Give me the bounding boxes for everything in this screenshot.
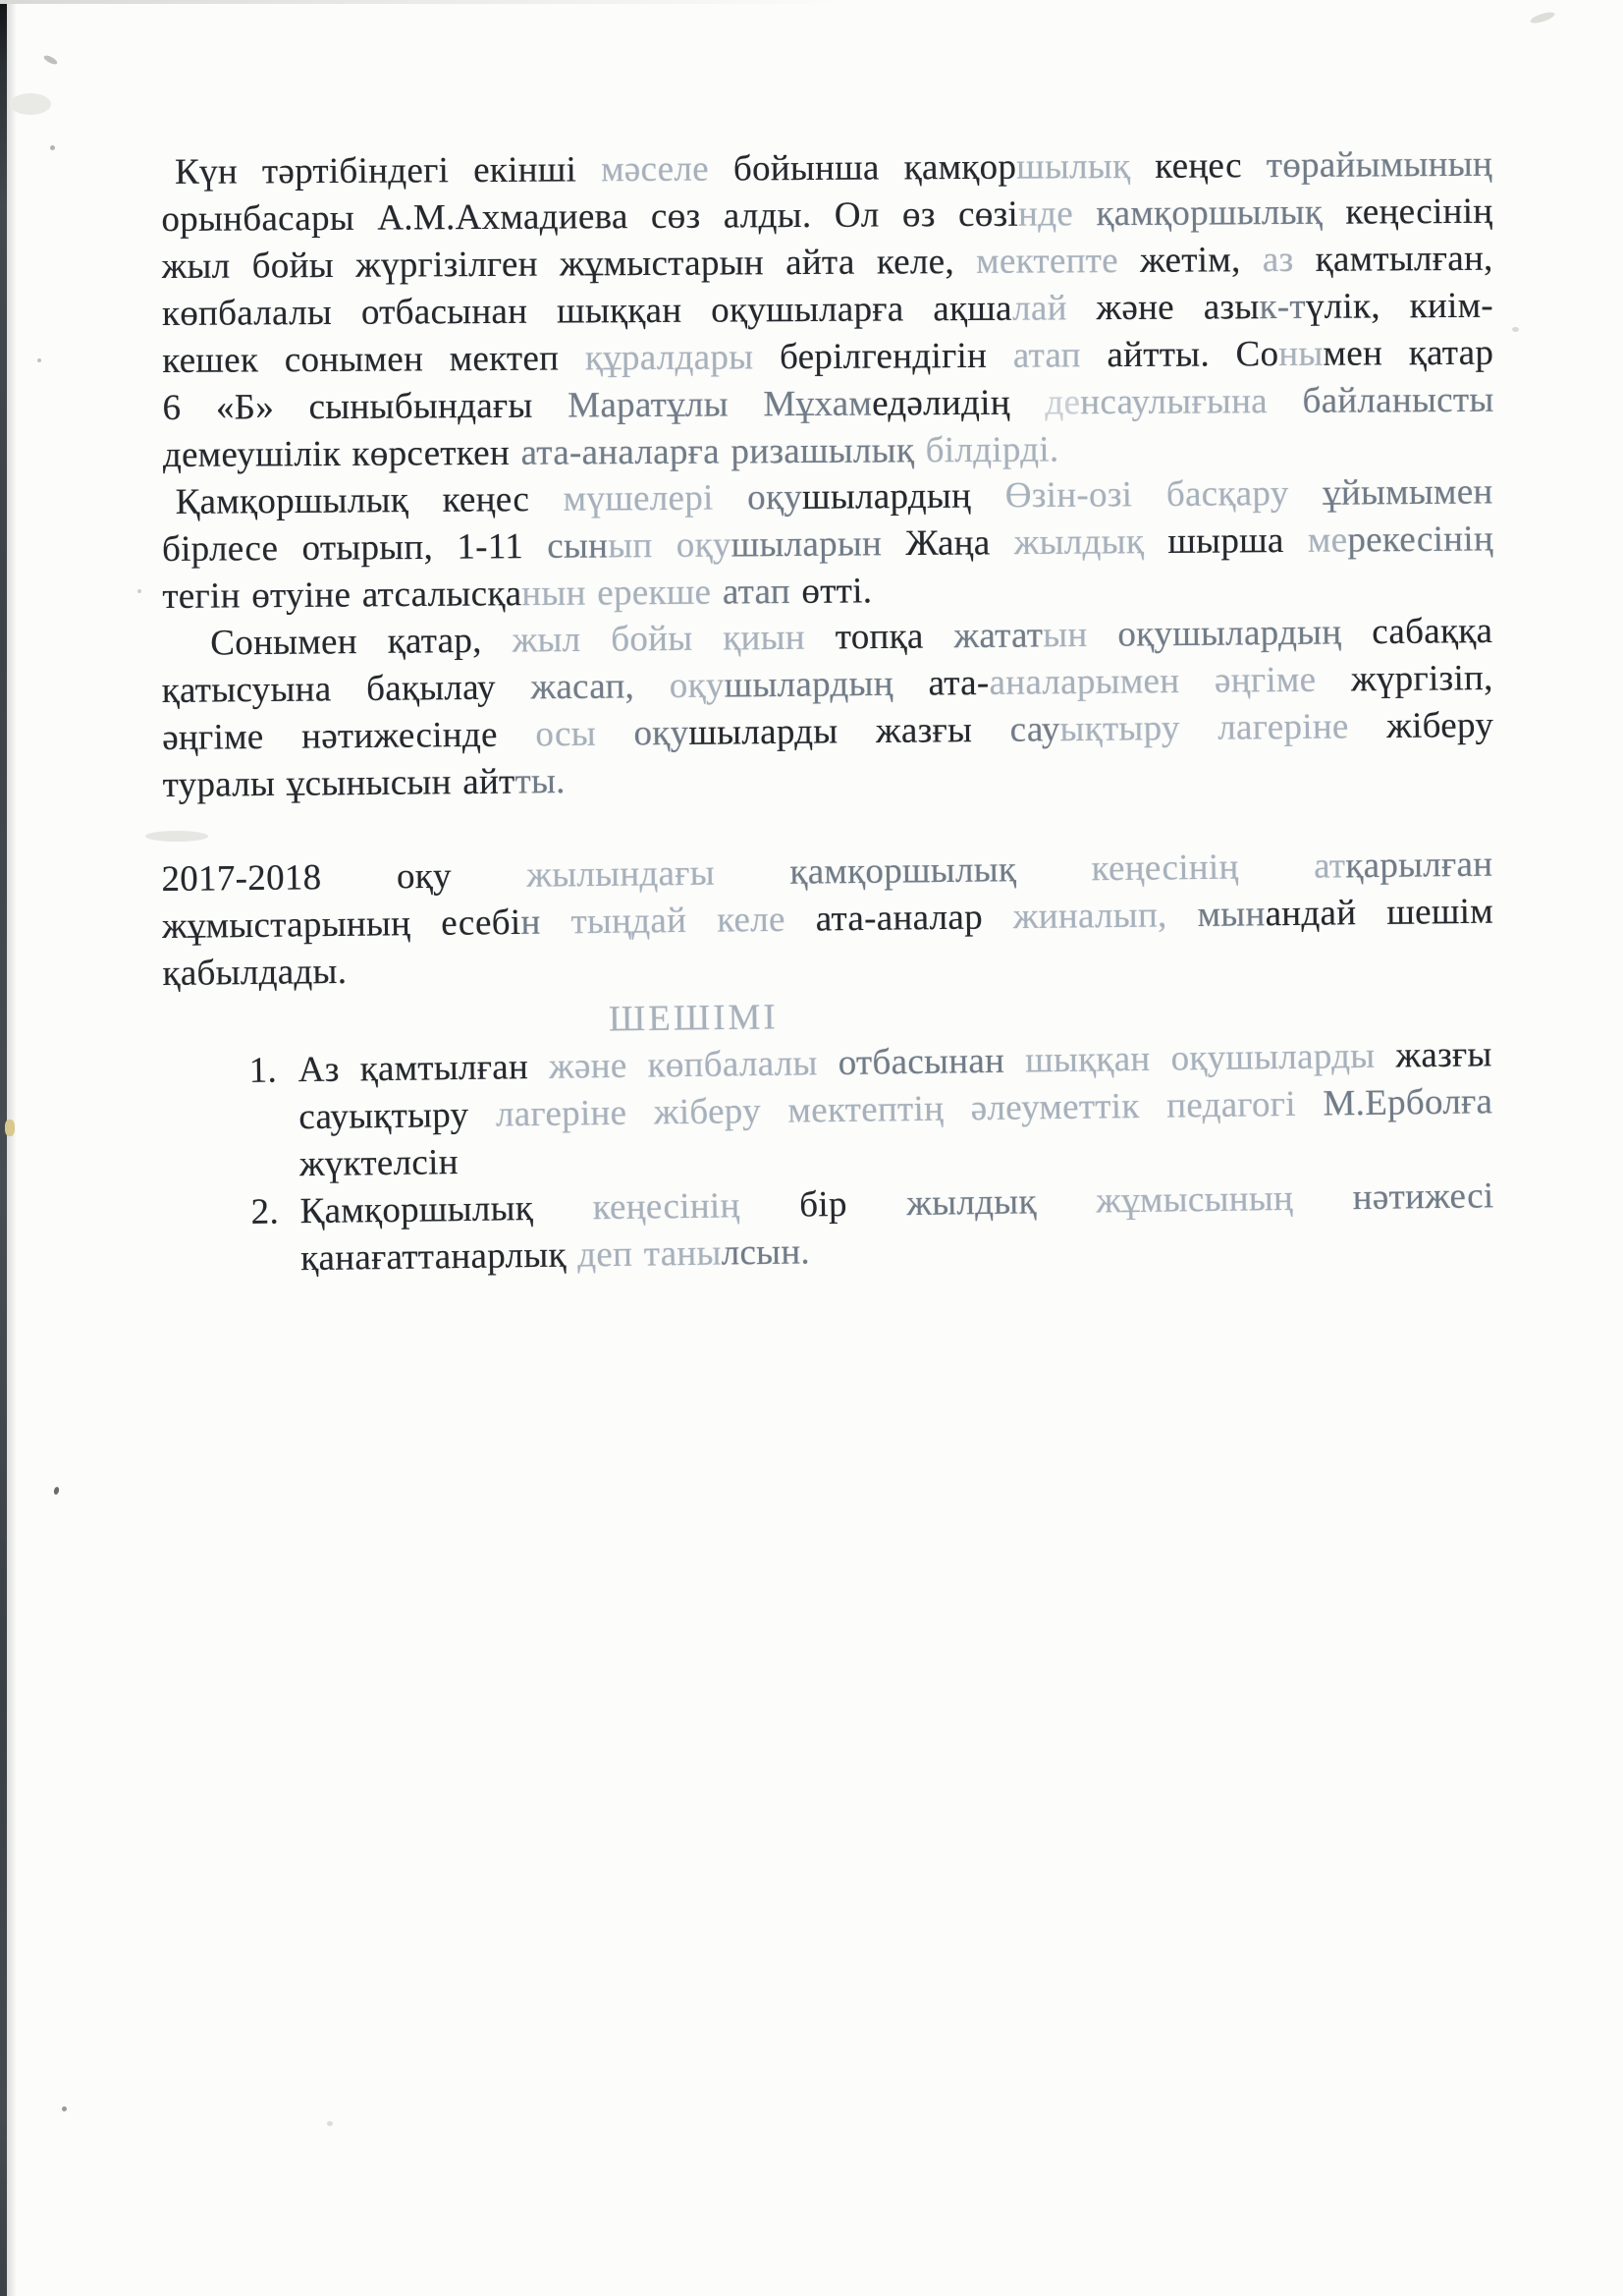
text-segment: ат	[1314, 846, 1346, 886]
text-line: көпбалалы отбасынан шыққан оқушыларға ақ…	[162, 283, 1493, 338]
text-segment: ата-	[928, 663, 989, 704]
text-segment: қамқоршылық	[789, 848, 1092, 892]
scan-smudge	[145, 831, 208, 842]
text-segment: кеңесінің	[592, 1185, 799, 1229]
paragraph: Қамқоршылық кеңес мүшелері оқушылардың Ө…	[161, 468, 1493, 621]
text-segment: жүктелсін	[299, 1142, 459, 1184]
text-segment: тегін өтуіне атсалысқа	[162, 574, 521, 617]
text-segment: ып	[608, 525, 676, 567]
text-segment: білдірді.	[926, 429, 1059, 470]
text-segment: жазғы	[1395, 1034, 1492, 1075]
text-segment: сын	[547, 525, 608, 566]
document-text-block: Күн тәртібіндегі екінші мәселе бойынша қ…	[162, 149, 1493, 1285]
text-segment: к-т	[1259, 287, 1306, 327]
text-segment: үлік, киім-	[1306, 286, 1493, 327]
text-segment: нде	[1018, 193, 1097, 234]
text-segment: демеушілік көрсеткен	[163, 433, 521, 475]
text-line: Күн тәртібіндегі екінші мәселе бойынша қ…	[161, 141, 1492, 196]
scan-smudge	[1529, 10, 1555, 26]
scan-speck	[37, 358, 41, 362]
text-segment: қамқоршылық	[1096, 192, 1345, 235]
scanned-page: Күн тәртібіндегі екінші мәселе бойынша қ…	[0, 0, 1623, 2296]
list-item-number: 2.	[250, 1188, 300, 1284]
text-segment: оқушыларды	[1170, 1036, 1395, 1079]
text-segment: шырша	[1167, 520, 1308, 562]
text-segment: басқару	[1166, 473, 1324, 515]
text-segment: кеңесінің	[1091, 847, 1314, 890]
text-segment: де	[1045, 382, 1080, 422]
text-segment: қатысуына бақылау	[162, 667, 531, 711]
decision-list-item: 1.Аз қамтылған және көпбалалы отбасынан …	[160, 1031, 1493, 1190]
paragraph: Сонымен қатар, жыл бойы қиын топқа жатат…	[161, 608, 1494, 809]
text-segment: шылардың	[802, 475, 1005, 518]
text-segment: нәтижесі	[1352, 1175, 1493, 1218]
text-line: орынбасары А.М.Ахмадиева сөз алды. Ол өз…	[161, 189, 1492, 244]
text-segment: ұйымымен	[1323, 471, 1493, 513]
decision-list: 1.Аз қамтылған және көпбалалы отбасынан …	[160, 1031, 1494, 1285]
text-segment: мүшелері	[564, 477, 748, 519]
list-item-lines: Қамқоршылық кеңесінің бір жылдық жұмысын…	[299, 1173, 1494, 1283]
text-segment: атап	[1013, 335, 1108, 376]
text-segment: ризашылық	[730, 430, 925, 471]
text-segment: кеңес	[1155, 145, 1267, 187]
text-segment: тыңдай келе	[570, 899, 816, 942]
text-segment: жұмыстарының есебі	[162, 902, 521, 947]
text-segment: ты.	[514, 761, 566, 801]
text-segment: осы	[535, 713, 634, 754]
text-segment: әңгіме	[1215, 659, 1351, 700]
scan-speck	[42, 54, 58, 66]
text-segment: туралы ұсынысын айт	[162, 762, 514, 805]
text-segment: сау	[1010, 709, 1060, 749]
text-segment: оқу	[633, 713, 688, 754]
text-segment: оқу	[670, 666, 725, 707]
scan-speck	[53, 1486, 60, 1495]
text-segment: оқушылардың	[1117, 612, 1372, 654]
text-segment: топқа	[836, 616, 954, 657]
text-segment: лай	[1012, 288, 1097, 329]
text-segment: нсаулығына	[1080, 381, 1302, 422]
text-segment: шыққан	[1025, 1039, 1171, 1081]
list-item-number: 1.	[248, 1047, 299, 1189]
text-segment: орынбасары А.М.Ахмадиева сөз алды. Ол өз…	[161, 194, 1018, 240]
text-segment: кешек сонымен мектеп	[162, 338, 585, 381]
text-segment: шылық	[1016, 146, 1155, 188]
text-segment: ын	[1043, 615, 1117, 656]
text-segment: жыл бойы қиын	[512, 617, 836, 660]
text-segment: деп таны	[577, 1233, 722, 1276]
text-segment: қарылған	[1345, 845, 1492, 887]
text-segment: бойынша қамқор	[733, 147, 1017, 190]
text-segment: мын	[1197, 894, 1265, 935]
text-segment: Өзін-озі	[1005, 474, 1166, 516]
text-segment: төрайымының	[1267, 144, 1493, 186]
text-line: кешек сонымен мектеп құралдары берілгенд…	[162, 330, 1493, 385]
text-segment: құралдары	[585, 337, 780, 378]
text-segment: едәлидің	[872, 383, 1046, 424]
text-segment: әңгіме нәтижесінде	[162, 714, 536, 758]
text-segment: лагеріне жіберу мектептің әлеуметтік пед…	[496, 1084, 1324, 1135]
text-segment: жылдық	[906, 1181, 1097, 1225]
text-segment: нын	[521, 574, 597, 615]
text-segment: Маратұлы Мұхам	[568, 384, 872, 426]
text-segment: оқу	[676, 524, 731, 565]
text-segment: отбасынан	[838, 1040, 1025, 1082]
decision-list-item: 2.Қамқоршылық кеңесінің бір жылдық жұмыс…	[162, 1173, 1494, 1285]
text-segment: жатат	[953, 615, 1043, 656]
text-segment: сабаққа	[1372, 611, 1492, 652]
text-segment: шылардың	[724, 664, 928, 706]
scanner-edge-shadow	[0, 0, 7, 2296]
text-segment: және көпбалалы	[549, 1043, 839, 1087]
text-segment: жыл бойы жүргізілген жұмыстарын айта кел…	[162, 242, 977, 287]
text-segment: ықтыру	[1059, 708, 1217, 750]
text-segment: Аз қамтылған	[298, 1047, 549, 1090]
text-segment: Қамқоршылық кеңес	[175, 479, 563, 522]
text-segment: өтті.	[801, 571, 872, 612]
text-segment: 2017-2018 оқу	[161, 855, 526, 900]
text-segment: мәселе	[601, 148, 733, 190]
text-segment: аз	[1263, 240, 1316, 280]
scan-smudge	[10, 93, 51, 115]
text-segment: мен қатар	[1323, 333, 1493, 374]
text-segment: ата-аналар	[816, 897, 1014, 939]
body-paragraphs: Күн тәртібіндегі екінші мәселе бойынша қ…	[162, 149, 1493, 998]
text-segment: андай шешім	[1265, 892, 1493, 935]
text-segment: Сонымен қатар,	[210, 621, 513, 664]
text-segment: жүргізіп,	[1351, 658, 1493, 699]
text-segment: айтты. Со	[1107, 334, 1278, 375]
text-segment: шыларын	[731, 523, 906, 565]
scan-speck	[62, 2106, 67, 2111]
text-segment: жұмысының	[1096, 1177, 1353, 1221]
text-segment: Қамқоршылық	[299, 1187, 593, 1231]
text-segment: Күн тәртібіндегі екінші	[175, 149, 601, 192]
text-segment: қанағаттанарлық	[300, 1234, 578, 1279]
text-segment: атап	[723, 572, 802, 613]
scanner-top-edge	[0, 0, 844, 4]
text-segment: кеңесінің	[1345, 191, 1492, 233]
text-segment: ерекше	[597, 573, 723, 614]
scan-speck	[137, 589, 141, 593]
text-segment: жиналып,	[1013, 895, 1198, 937]
text-segment: жетім,	[1140, 240, 1263, 281]
text-segment: бір	[799, 1183, 907, 1225]
text-segment: жылындағы	[526, 852, 790, 896]
text-segment: жылдық	[1014, 521, 1168, 563]
paragraph: Күн тәртібіндегі екінші мәселе бойынша қ…	[161, 141, 1494, 479]
text-segment: берілгендігін	[780, 336, 1013, 377]
text-segment: лсын.	[721, 1231, 810, 1273]
text-segment: оқу	[747, 477, 802, 518]
text-segment: мектепте	[976, 241, 1140, 282]
text-segment: және азы	[1096, 287, 1259, 328]
text-line: 6 «Б» сыныбындағы Маратұлы Мұхамедәлидің…	[162, 377, 1493, 432]
text-segment: қамтылған,	[1316, 239, 1493, 280]
text-segment: 6 «Б» сыныбындағы	[162, 385, 568, 428]
text-segment: шыларды жазғы	[688, 710, 1010, 753]
scan-speck	[327, 2121, 333, 2126]
text-segment: байланысты	[1302, 380, 1493, 421]
text-segment: бірлесе отырып, 1-11	[162, 526, 548, 570]
text-segment: Жаңа	[905, 522, 1014, 564]
scan-speck	[1512, 327, 1519, 332]
list-item-lines: Аз қамтылған және көпбалалы отбасынан шы…	[298, 1031, 1493, 1188]
text-segment: ме	[1308, 520, 1348, 561]
text-segment: аналарымен	[989, 661, 1215, 703]
text-segment: рекесінің	[1347, 519, 1493, 560]
scan-speck-yellow	[5, 1120, 15, 1136]
text-segment: М.Ерболға	[1323, 1081, 1492, 1123]
text-segment: көпбалалы отбасынан шыққан оқушыларға ақ…	[162, 289, 1012, 334]
text-segment: ата-аналарға	[520, 431, 730, 472]
text-segment: лагеріне	[1217, 706, 1386, 748]
paragraph: 2017-2018 оқу жылындағы қамқоршылық кеңе…	[161, 842, 1494, 998]
text-segment: н	[520, 902, 571, 943]
text-segment: жіберу	[1386, 705, 1493, 746]
text-segment: сауықтыру	[298, 1095, 496, 1138]
text-segment: қабылдады.	[162, 952, 347, 994]
text-segment: ны	[1278, 334, 1324, 374]
text-line: жыл бойы жүргізілген жұмыстарын айта кел…	[162, 236, 1493, 291]
text-segment: жасап,	[530, 666, 670, 707]
scan-speck	[50, 145, 55, 150]
